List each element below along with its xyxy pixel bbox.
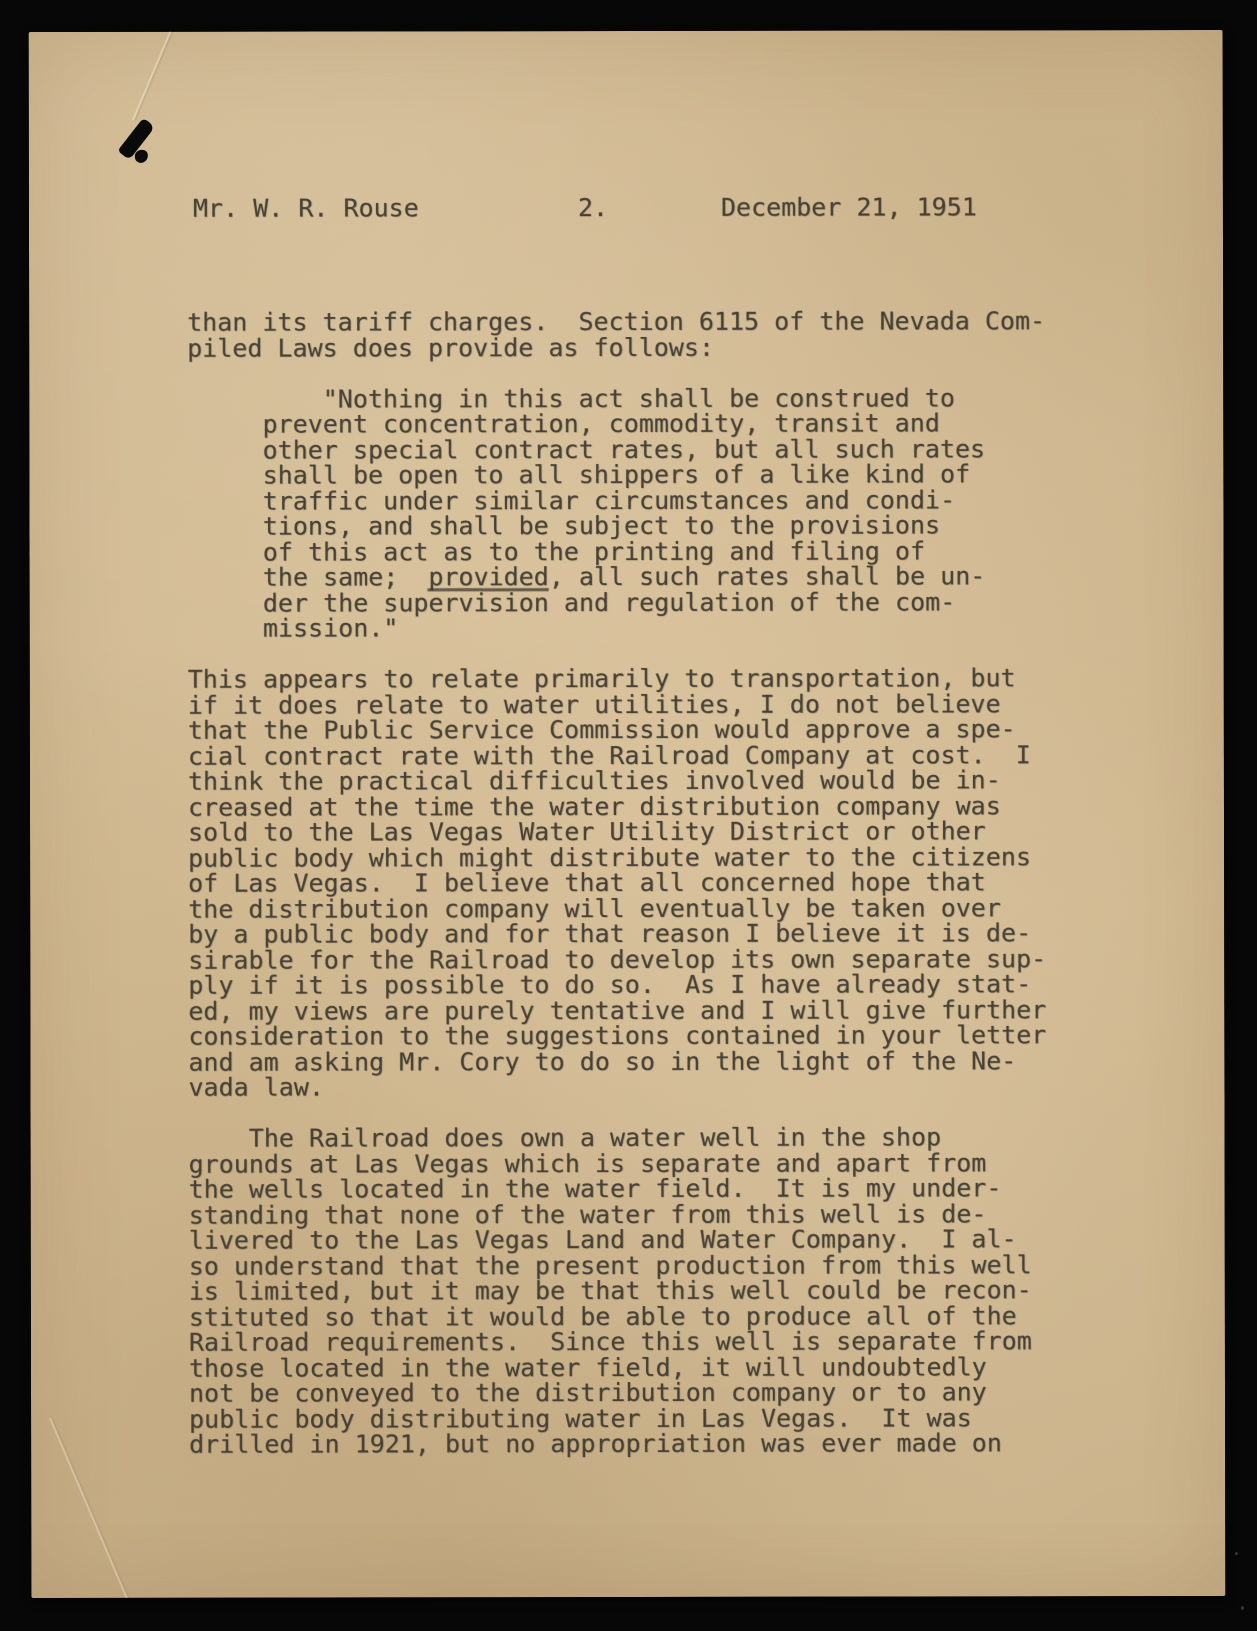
paper-crease-top-left: [132, 31, 171, 120]
paper-crease-bottom-left: [49, 1418, 129, 1598]
provided-underline: [428, 588, 549, 591]
letter-page: Mr. W. R. Rouse 2. December 21, 1951 tha…: [29, 30, 1226, 1598]
header-recipient: Mr. W. R. Rouse: [193, 195, 419, 221]
header-date: December 21, 1951: [721, 194, 977, 220]
scan-background: Mr. W. R. Rouse 2. December 21, 1951 tha…: [0, 0, 1257, 1631]
header-page-number: 2.: [578, 195, 608, 221]
letter-body: than its tariff charges. Section 6115 of…: [187, 308, 1047, 1457]
letter-header: Mr. W. R. Rouse 2. December 21, 1951: [29, 194, 1223, 222]
dust-speck: [1241, 1606, 1244, 1610]
punch-hole-fragment: [135, 150, 148, 163]
dust-speck: [1235, 1552, 1238, 1555]
